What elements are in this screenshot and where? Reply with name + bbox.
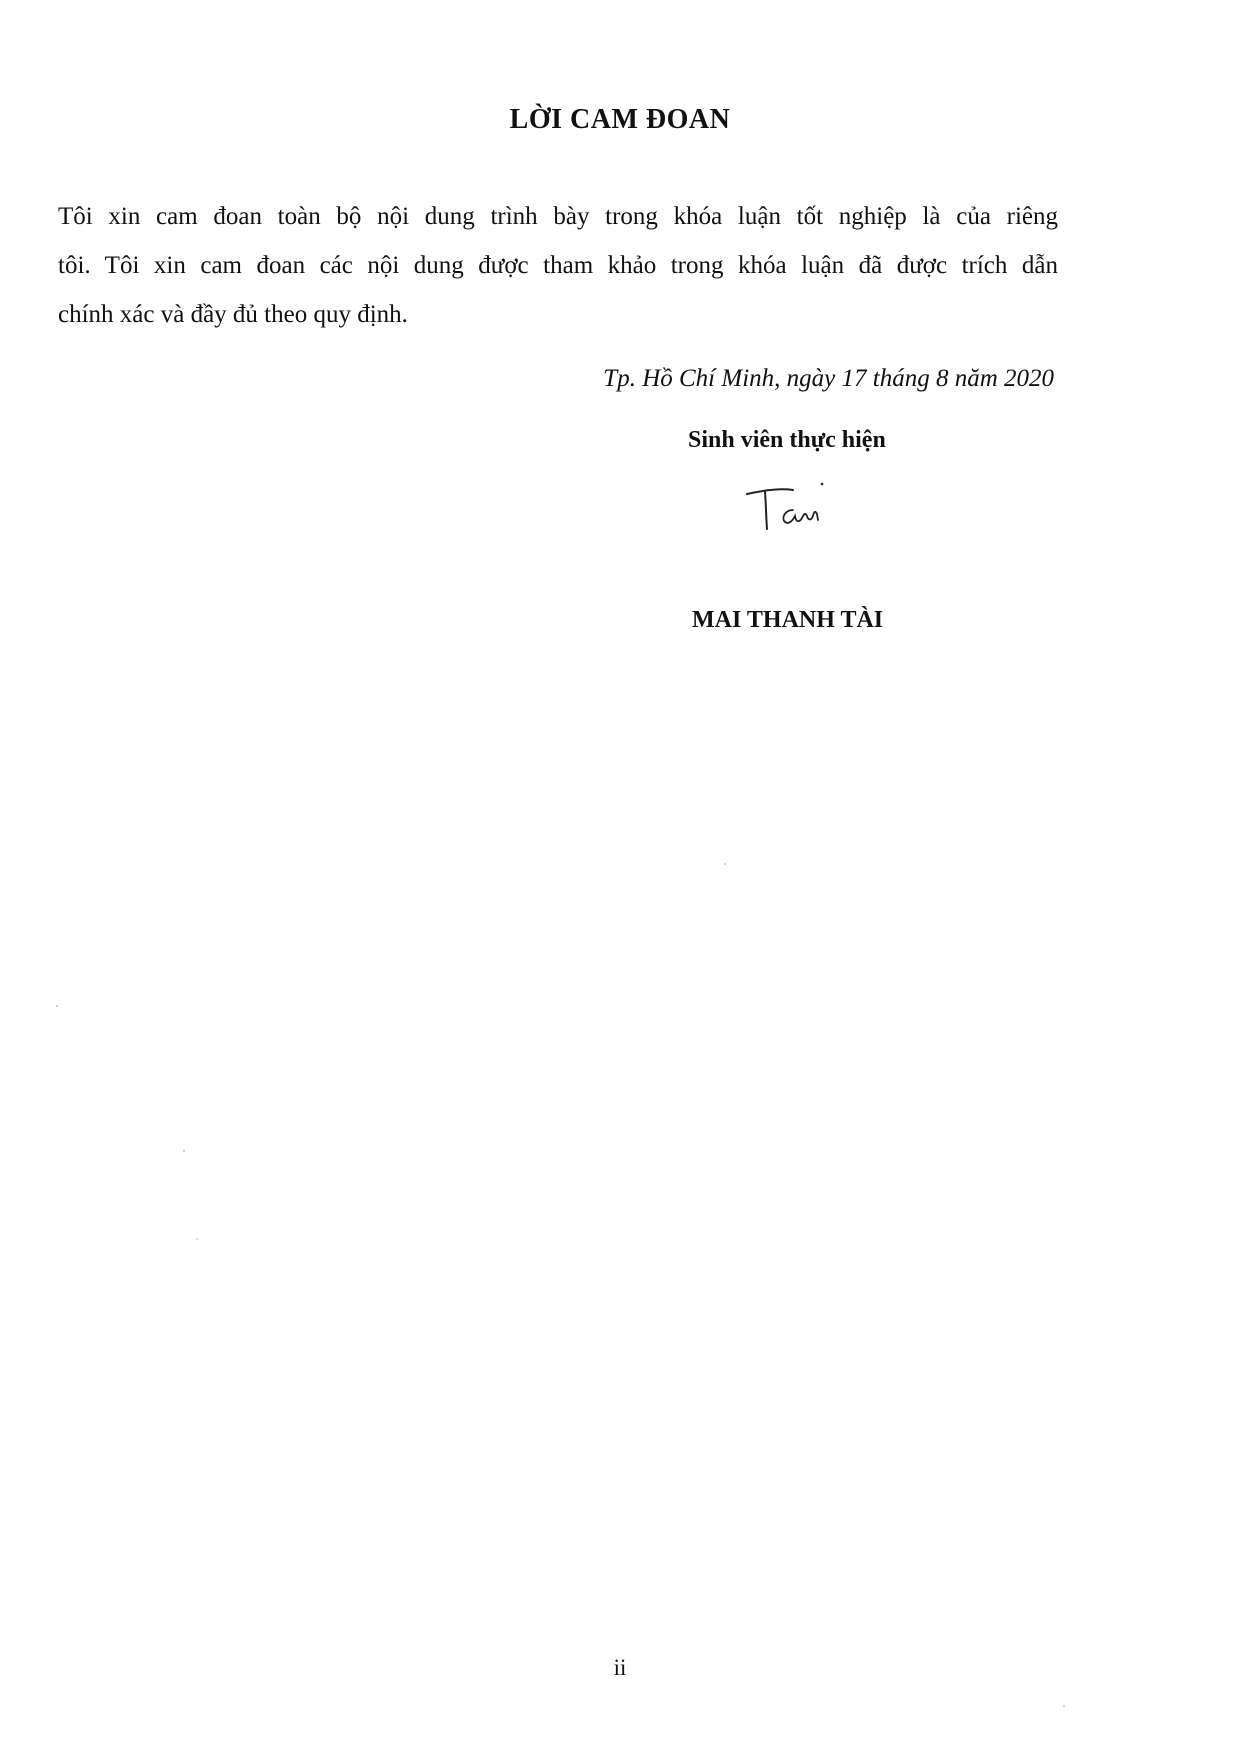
paragraph-line: Tôi xin cam đoan toàn bộ nội dung trình … bbox=[58, 192, 1058, 241]
page-title: LỜI CAM ĐOAN bbox=[0, 104, 1240, 136]
document-page: LỜI CAM ĐOAN Tôi xin cam đoan toàn bộ nộ… bbox=[0, 0, 1240, 1754]
page-number: ii bbox=[0, 1655, 1240, 1681]
scan-speck bbox=[196, 1238, 198, 1240]
scan-speck bbox=[56, 1005, 58, 1007]
paragraph-line: tôi. Tôi xin cam đoan các nội dung được … bbox=[58, 241, 1058, 290]
scan-speck bbox=[724, 863, 726, 865]
declaration-paragraph: Tôi xin cam đoan toàn bộ nội dung trình … bbox=[58, 192, 1058, 339]
signer-name: MAI THANH TÀI bbox=[692, 607, 883, 634]
handwritten-signature-icon bbox=[745, 482, 845, 542]
paragraph-line: chính xác và đầy đủ theo quy định. bbox=[58, 290, 1058, 339]
place-date-line: Tp. Hồ Chí Minh, ngày 17 tháng 8 năm 202… bbox=[603, 365, 1054, 393]
scan-speck bbox=[1063, 1705, 1065, 1707]
signer-role-label: Sinh viên thực hiện bbox=[688, 427, 886, 454]
scan-speck bbox=[183, 1150, 185, 1152]
